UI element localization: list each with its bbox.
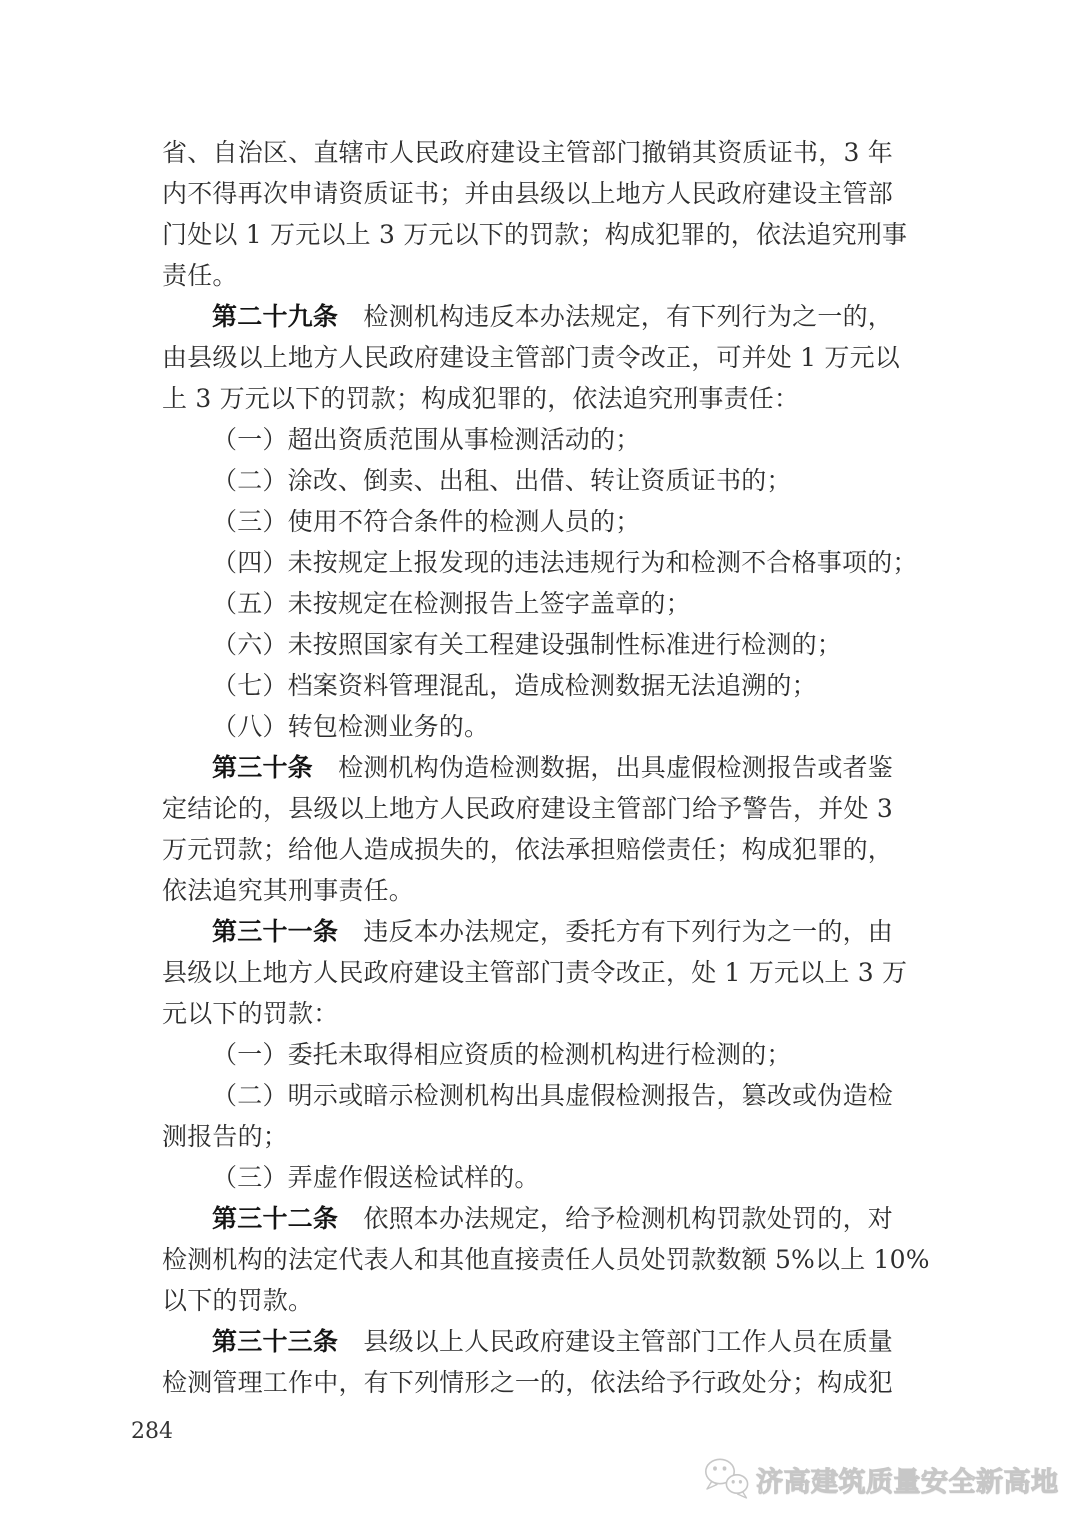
text-line: 检测管理工作中，有下列情形之一的，依法给予行政处分；构成犯 [162,1362,893,1403]
line-text: 内不得再次申请资质证书；并由县级以上地方人民政府建设主管部 [162,179,893,208]
line-text: 省、自治区、直辖市人民政府建设主管部门撤销其资质证书，3 年 [162,138,893,167]
text-line: 第二十九条 检测机构违反本办法规定，有下列行为之一的， [162,296,893,337]
line-text: 门处以 1 万元以上 3 万元以下的罚款；构成犯罪的，依法追究刑事 [162,220,907,249]
line-text: 万元罚款；给他人造成损失的，依法承担赔偿责任；构成犯罪的， [162,835,893,864]
text-line: （一）超出资质范围从事检测活动的； [162,419,893,460]
watermark: 济高建筑质量安全新高地 [703,1452,1059,1506]
text-block: 省、自治区、直辖市人民政府建设主管部门撤销其资质证书，3 年内不得再次申请资质证… [162,132,893,1403]
text-line: 上 3 万元以下的罚款；构成犯罪的，依法追究刑事责任： [162,378,893,419]
text-line: 由县级以上地方人民政府建设主管部门责令改正，可并处 1 万元以 [162,337,893,378]
text-line: 依法追究其刑事责任。 [162,870,893,911]
line-text: 县级以上地方人民政府建设主管部门责令改正，处 1 万元以上 3 万 [162,958,907,987]
line-text: （一）委托未取得相应资质的检测机构进行检测的； [212,1040,792,1069]
text-line: （一）委托未取得相应资质的检测机构进行检测的； [162,1034,893,1075]
line-text: （八）转包检测业务的。 [212,712,489,741]
line-text: （三）使用不符合条件的检测人员的； [212,507,640,536]
line-text: 检测机构伪造检测数据，出具虚假检测报告或者鉴 [313,753,893,782]
text-line: 检测机构的法定代表人和其他直接责任人员处罚款数额 5%以上 10% [162,1239,893,1280]
text-line: 定结论的，县级以上地方人民政府建设主管部门给予警告，并处 3 [162,788,893,829]
line-text: （一）超出资质范围从事检测活动的； [212,425,640,454]
line-text: （二）明示或暗示检测机构出具虚假检测报告，篡改或伪造检 [212,1081,893,1110]
line-text: （七）档案资料管理混乱，造成检测数据无法追溯的； [212,671,817,700]
text-line: 第三十一条 违反本办法规定，委托方有下列行为之一的，由 [162,911,893,952]
text-line: （八）转包检测业务的。 [162,706,893,747]
text-line: 万元罚款；给他人造成损失的，依法承担赔偿责任；构成犯罪的， [162,829,893,870]
text-line: 责任。 [162,255,893,296]
page-number: 284 [131,1418,173,1446]
text-line: （六）未按照国家有关工程建设强制性标准进行检测的； [162,624,893,665]
text-line: 测报告的； [162,1116,893,1157]
line-text: 依法追究其刑事责任。 [162,876,414,905]
text-line: 内不得再次申请资质证书；并由县级以上地方人民政府建设主管部 [162,173,893,214]
text-line: 第三十二条 依照本办法规定，给予检测机构罚款处罚的，对 [162,1198,893,1239]
line-text: 检测机构违反本办法规定，有下列行为之一的， [338,302,893,331]
article-number: 第三十三条 [212,1327,338,1356]
line-text: 测报告的； [162,1122,288,1151]
article-number: 第二十九条 [212,302,338,331]
text-line: （二）明示或暗示检测机构出具虚假检测报告，篡改或伪造检 [162,1075,893,1116]
line-text: 定结论的，县级以上地方人民政府建设主管部门给予警告，并处 3 [162,794,893,823]
line-text: 检测管理工作中，有下列情形之一的，依法给予行政处分；构成犯 [162,1368,893,1397]
text-line: 县级以上地方人民政府建设主管部门责令改正，处 1 万元以上 3 万 [162,952,893,993]
watermark-text: 济高建筑质量安全新高地 [756,1460,1059,1499]
line-text: （二）涂改、倒卖、出租、出借、转让资质证书的； [212,466,792,495]
text-line: 门处以 1 万元以上 3 万元以下的罚款；构成犯罪的，依法追究刑事 [162,214,893,255]
text-line: 元以下的罚款： [162,993,893,1034]
line-text: （三）弄虚作假送检试样的。 [212,1163,540,1192]
text-line: 以下的罚款。 [162,1280,893,1321]
line-text: 依照本办法规定，给予检测机构罚款处罚的，对 [338,1204,893,1233]
text-line: 第三十条 检测机构伪造检测数据，出具虚假检测报告或者鉴 [162,747,893,788]
article-number: 第三十条 [212,753,313,782]
line-text: （四）未按规定上报发现的违法违规行为和检测不合格事项的； [212,548,918,577]
text-line: （五）未按规定在检测报告上签字盖章的； [162,583,893,624]
article-number: 第三十一条 [212,917,338,946]
line-text: （五）未按规定在检测报告上签字盖章的； [212,589,691,618]
text-line: 省、自治区、直辖市人民政府建设主管部门撤销其资质证书，3 年 [162,132,893,173]
line-text: 以下的罚款。 [162,1286,313,1315]
line-text: 县级以上人民政府建设主管部门工作人员在质量 [338,1327,893,1356]
line-text: 违反本办法规定，委托方有下列行为之一的，由 [338,917,893,946]
line-text: 元以下的罚款： [162,999,338,1028]
article-number: 第三十二条 [212,1204,338,1233]
text-line: 第三十三条 县级以上人民政府建设主管部门工作人员在质量 [162,1321,893,1362]
text-line: （二）涂改、倒卖、出租、出借、转让资质证书的； [162,460,893,501]
text-line: （三）弄虚作假送检试样的。 [162,1157,893,1198]
text-line: （四）未按规定上报发现的违法违规行为和检测不合格事项的； [162,542,893,583]
line-text: 上 3 万元以下的罚款；构成犯罪的，依法追究刑事责任： [162,384,799,413]
line-text: 责任。 [162,261,238,290]
text-line: （七）档案资料管理混乱，造成检测数据无法追溯的； [162,665,893,706]
line-text: 由县级以上地方人民政府建设主管部门责令改正，可并处 1 万元以 [162,343,900,372]
line-text: 检测机构的法定代表人和其他直接责任人员处罚款数额 5%以上 10% [162,1245,930,1274]
document-page: 省、自治区、直辖市人民政府建设主管部门撤销其资质证书，3 年内不得再次申请资质证… [0,0,1080,1527]
line-text: （六）未按照国家有关工程建设强制性标准进行检测的； [212,630,842,659]
wechat-icon [703,1456,751,1502]
text-line: （三）使用不符合条件的检测人员的； [162,501,893,542]
